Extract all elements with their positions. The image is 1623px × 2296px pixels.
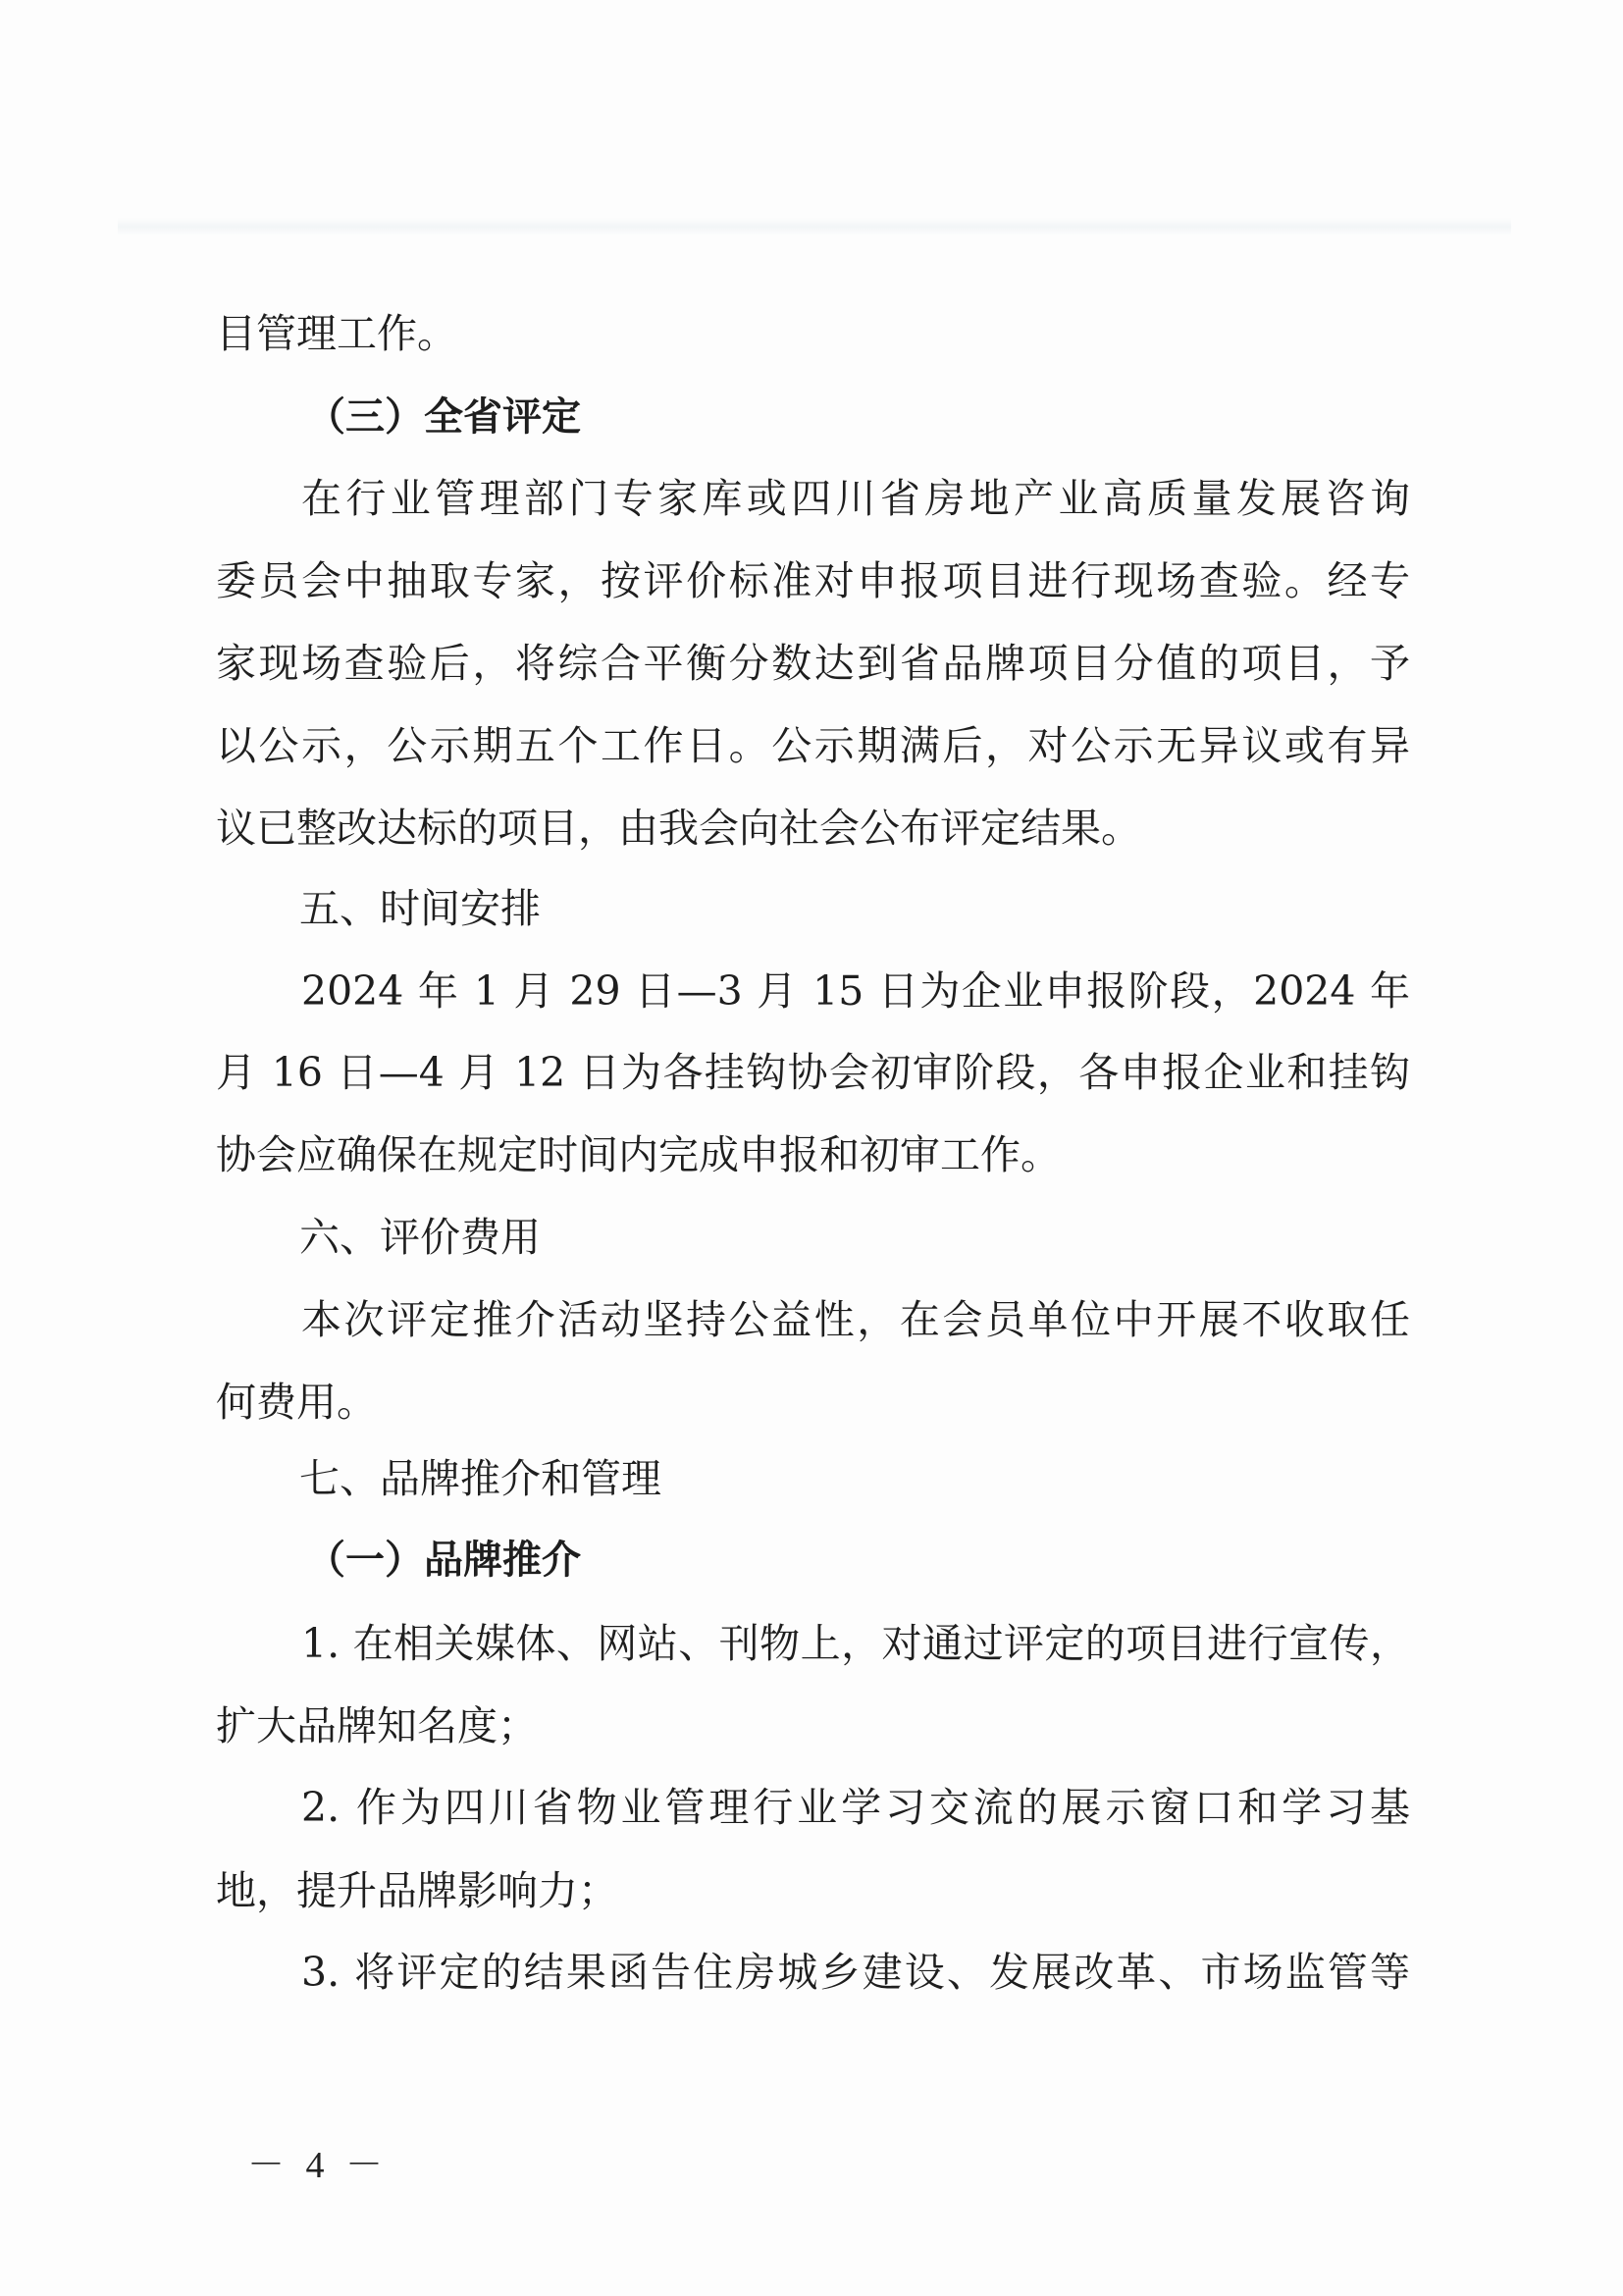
text-line: 月 16 日—4 月 12 日为各挂钩协会初审阶段，各申报企业和挂钩 [216,1043,1410,1102]
section-heading: 七、品牌推介和管理 [299,1449,661,1508]
text-line: 委员会中抽取专家，按评价标准对申报项目进行现场查验。经专 [216,551,1410,610]
text-line: 议已整改达标的项目，由我会向社会公布评定结果。 [216,799,1141,858]
text-line: 1. 在相关媒体、网站、刊物上，对通过评定的项目进行宣传， [301,1614,1410,1673]
page-number: － 4 － [247,2134,389,2188]
text-line: 3. 将评定的结果函告住房城乡建设、发展改革、市场监管等 [301,1943,1410,2002]
text-line: 以公示，公示期五个工作日。公示期满后，对公示无异议或有异 [216,716,1410,775]
section-heading: 五、时间安排 [299,879,541,938]
text-line: 本次评定推介活动坚持公益性，在会员单位中开展不收取任 [301,1290,1410,1349]
text-line: 何费用。 [216,1373,377,1432]
text-line: 在行业管理部门专家库或四川省房地产业高质量发展咨询 [301,469,1410,528]
text-line: 协会应确保在规定时间内完成申报和初审工作。 [216,1125,1061,1184]
scan-bleed-through [118,218,1511,235]
subsection-heading: （一）品牌推介 [306,1531,581,1590]
text-line: 家现场查验后，将综合平衡分数达到省品牌项目分值的项目，予 [216,634,1410,693]
text-line: 2. 作为四川省物业管理行业学习交流的展示窗口和学习基 [301,1778,1410,1837]
subsection-heading: （三）全省评定 [306,388,581,446]
section-heading: 六、评价费用 [299,1208,541,1267]
text-line: 扩大品牌知名度； [216,1696,538,1755]
text-line: 2024 年 1 月 29 日—3 月 15 日为企业申报阶段，2024 年 3 [301,962,1410,1020]
text-line: 地，提升品牌影响力； [216,1861,618,1920]
text-line: 目管理工作。 [216,304,457,363]
